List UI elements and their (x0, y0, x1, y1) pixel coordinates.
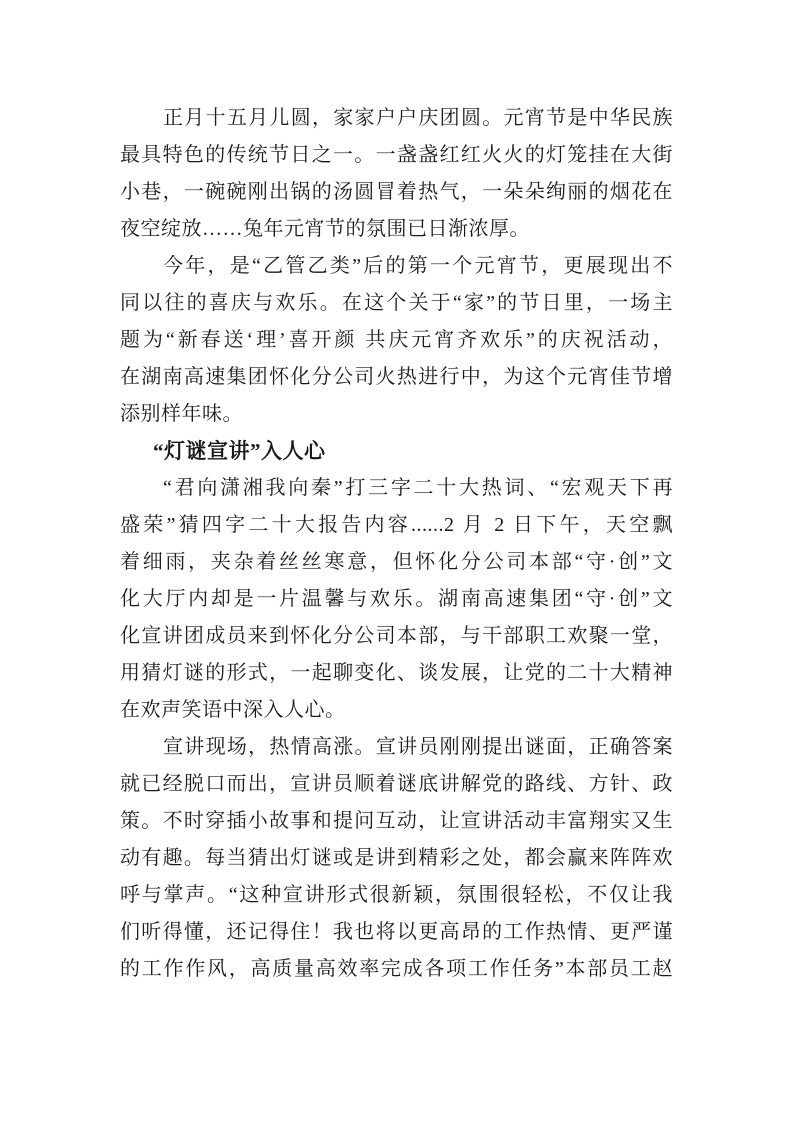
text-line: 们听得懂，还记得住！我也将以更高昂的工作热情、更严谨 (120, 914, 673, 951)
text-line: 着细雨，夹杂着丝丝寒意，但怀化分公司本部“守·创”文 (120, 544, 673, 581)
text-line: 就已经脱口而出，宣讲员顺着谜底讲解党的路线、方针、政 (120, 766, 673, 803)
text-line: 小巷，一碗碗刚出锅的汤圆冒着热气，一朵朵绚丽的烟花在 (120, 174, 673, 211)
heading-line: “灯谜宣讲”入人心 (120, 433, 673, 470)
text-line: 动有趣。每当猜出灯谜或是讲到精彩之处，都会赢来阵阵欢 (120, 840, 673, 877)
text-line: 呼与掌声。“这种宣讲形式很新颖，氛围很轻松，不仅让我 (120, 877, 673, 914)
text-line: 化大厅内却是一片温馨与欢乐。湖南高速集团“守·创”文 (120, 581, 673, 618)
text-line: 夜空绽放……兔年元宵节的氛围已日渐浓厚。 (120, 211, 673, 248)
document-body: 正月十五月儿圆，家家户户庆团圆。元宵节是中华民族最具特色的传统节日之一。一盏盏红… (120, 100, 673, 988)
paragraph: 今年，是“乙管乙类”后的第一个元宵节，更展现出不同以往的喜庆与欢乐。在这个关于“… (120, 248, 673, 433)
text-line: 同以往的喜庆与欢乐。在这个关于“家”的节日里，一场主 (120, 285, 673, 322)
text-line: 在欢声笑语中深入人心。 (120, 692, 673, 729)
document-page: 正月十五月儿圆，家家户户庆团圆。元宵节是中华民族最具特色的传统节日之一。一盏盏红… (0, 0, 793, 1122)
text-line: “君向潇湘我向秦”打三字二十大热词、“宏观天下再 (120, 470, 673, 507)
text-line: 的工作作风，高质量高效率完成各项工作任务”本部员工赵 (120, 951, 673, 988)
text-line: 化宣讲团成员来到怀化分公司本部，与干部职工欢聚一堂， (120, 618, 673, 655)
paragraph: 正月十五月儿圆，家家户户庆团圆。元宵节是中华民族最具特色的传统节日之一。一盏盏红… (120, 100, 673, 248)
text-line: 宣讲现场，热情高涨。宣讲员刚刚提出谜面，正确答案 (120, 729, 673, 766)
text-line: 盛荣”猜四字二十大报告内容......2 月 2 日下午，天空飘 (120, 507, 673, 544)
text-line: 添别样年味。 (120, 396, 673, 433)
paragraph: 宣讲现场，热情高涨。宣讲员刚刚提出谜面，正确答案就已经脱口而出，宣讲员顺着谜底讲… (120, 729, 673, 988)
text-line: 正月十五月儿圆，家家户户庆团圆。元宵节是中华民族 (120, 100, 673, 137)
text-line: 今年，是“乙管乙类”后的第一个元宵节，更展现出不 (120, 248, 673, 285)
section-heading: “灯谜宣讲”入人心 (120, 433, 673, 470)
text-line: 用猜灯谜的形式，一起聊变化、谈发展，让党的二十大精神 (120, 655, 673, 692)
paragraph: “君向潇湘我向秦”打三字二十大热词、“宏观天下再盛荣”猜四字二十大报告内容...… (120, 470, 673, 729)
text-line: 最具特色的传统节日之一。一盏盏红红火火的灯笼挂在大街 (120, 137, 673, 174)
text-line: 题为“新春送‘理’喜开颜 共庆元宵齐欢乐”的庆祝活动， (120, 322, 673, 359)
text-line: 在湖南高速集团怀化分公司火热进行中，为这个元宵佳节增 (120, 359, 673, 396)
text-line: 策。不时穿插小故事和提问互动，让宣讲活动丰富翔实又生 (120, 803, 673, 840)
